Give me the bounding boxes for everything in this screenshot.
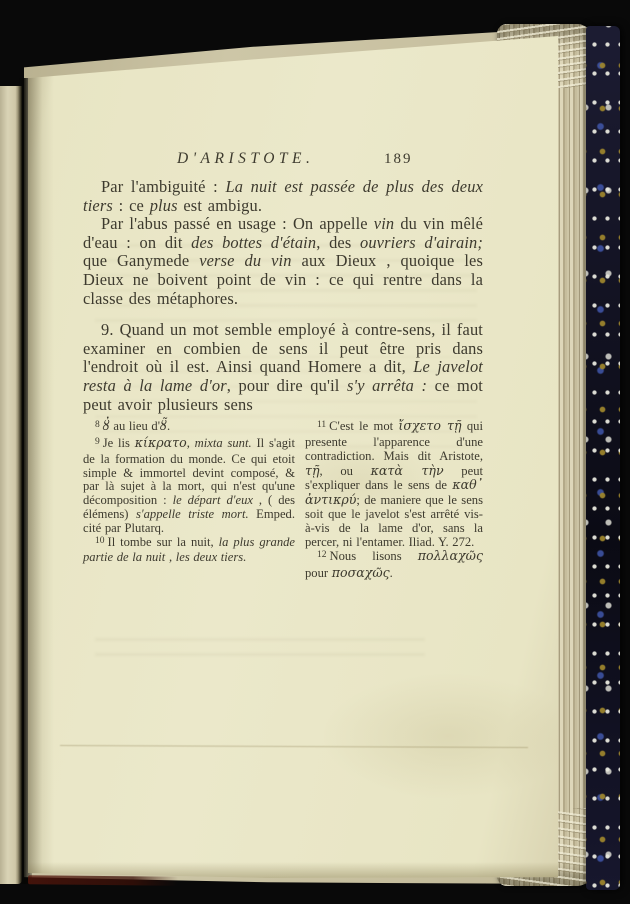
text-segment: Il tombe sur la nuit,: [108, 535, 219, 549]
body-text: Par l'ambiguité : La nuit est passée de …: [83, 178, 483, 414]
footnotes-left-column: 8ȣ̓ au lieu d'ȣ̃.9Je lis κίκρατο, mixta …: [83, 419, 295, 581]
footnote-8: 8ȣ̓ au lieu d'ȣ̃.: [83, 419, 295, 436]
book-photograph: D'ARISTOTE. 189 Par l'ambiguité : La nui…: [0, 0, 630, 904]
footnote-ref: 10: [95, 536, 105, 546]
text-segment: Par l'abus passé en usage : On appelle: [101, 214, 374, 233]
text-segment: est ambigu.: [178, 196, 262, 215]
printed-text-block: D'ARISTOTE. 189 Par l'ambiguité : La nui…: [83, 150, 483, 581]
text-segment: mixta sunt.: [195, 436, 252, 450]
text-segment: le départ d'eux: [173, 493, 253, 507]
text-segment: plus: [150, 196, 178, 215]
text-segment: : ce: [113, 196, 150, 215]
text-segment: C'est le mot: [329, 419, 398, 433]
footnote-9: 9Je lis κίκρατο, mixta sunt. Il s'agit d…: [83, 436, 295, 536]
text-segment: κατὰ τὴν: [371, 463, 444, 478]
text-segment: Nous lisons: [330, 549, 418, 563]
footnote-11: 11C'est le mot ἴσχετο τῇ qui presente l'…: [305, 419, 483, 549]
text-segment: πολλαχῶς: [418, 548, 483, 563]
text-segment: .: [390, 566, 393, 580]
footnotes: 8ȣ̓ au lieu d'ȣ̃.9Je lis κίκρατο, mixta …: [83, 419, 483, 581]
text-segment: ,: [187, 436, 195, 450]
text-segment: τῇ: [305, 463, 320, 478]
page-number: 189: [384, 151, 413, 168]
text-segment: , des: [316, 233, 360, 252]
paragraph-abuse-of-usage: Par l'abus passé en usage : On appelle v…: [83, 215, 483, 308]
paragraph-section-9: 9. Quand un mot semble employé à contre-…: [83, 321, 483, 414]
text-segment: Je lis: [103, 436, 135, 450]
text-segment: au lieu d': [110, 419, 160, 433]
footnote-ref: 9: [95, 437, 100, 447]
footnote-ref: 8: [95, 420, 100, 430]
text-segment: .: [167, 419, 170, 433]
footnote-ref: 11: [317, 420, 326, 430]
text-segment: κίκρατο: [135, 435, 187, 450]
text-segment: ἴσχετο τῇ: [398, 418, 461, 433]
footnote-ref: 12: [317, 550, 327, 560]
footnote-10: 10Il tombe sur la nuit, la plus grande p…: [83, 536, 295, 566]
text-segment: verse du vin: [199, 251, 291, 270]
text-segment: , ou: [320, 464, 371, 478]
text-segment: ouvriers d'airain;: [360, 233, 483, 252]
text-segment: ȣ̓: [103, 418, 110, 433]
running-title: D'ARISTOTE.: [177, 150, 314, 168]
cover-board-sliver: [28, 875, 178, 886]
text-segment: s'appelle triste mort.: [136, 507, 249, 521]
footnote-12: 12Nous lisons πολλαχῶς pour ποσαχῶς.: [305, 549, 483, 581]
text-segment: Par l'ambiguité :: [101, 177, 225, 196]
page-header: D'ARISTOTE. 189: [83, 150, 483, 178]
text-segment: vin: [374, 214, 394, 233]
text-segment: des bottes d'étain: [191, 233, 316, 252]
footnotes-right-column: 11C'est le mot ἴσχετο τῇ qui presente l'…: [305, 419, 483, 581]
text-segment: que Ganymede: [83, 251, 199, 270]
text-segment: pour: [305, 566, 332, 580]
text-segment: , pour dire qu'il: [227, 376, 347, 395]
marbled-cover-edge: [586, 26, 620, 890]
text-segment: s'y arrêta :: [347, 376, 427, 395]
text-segment: ποσαχῶς: [332, 565, 390, 580]
paragraph-ambiguity: Par l'ambiguité : La nuit est passée de …: [83, 178, 483, 215]
text-segment: ȣ̃: [160, 418, 167, 433]
